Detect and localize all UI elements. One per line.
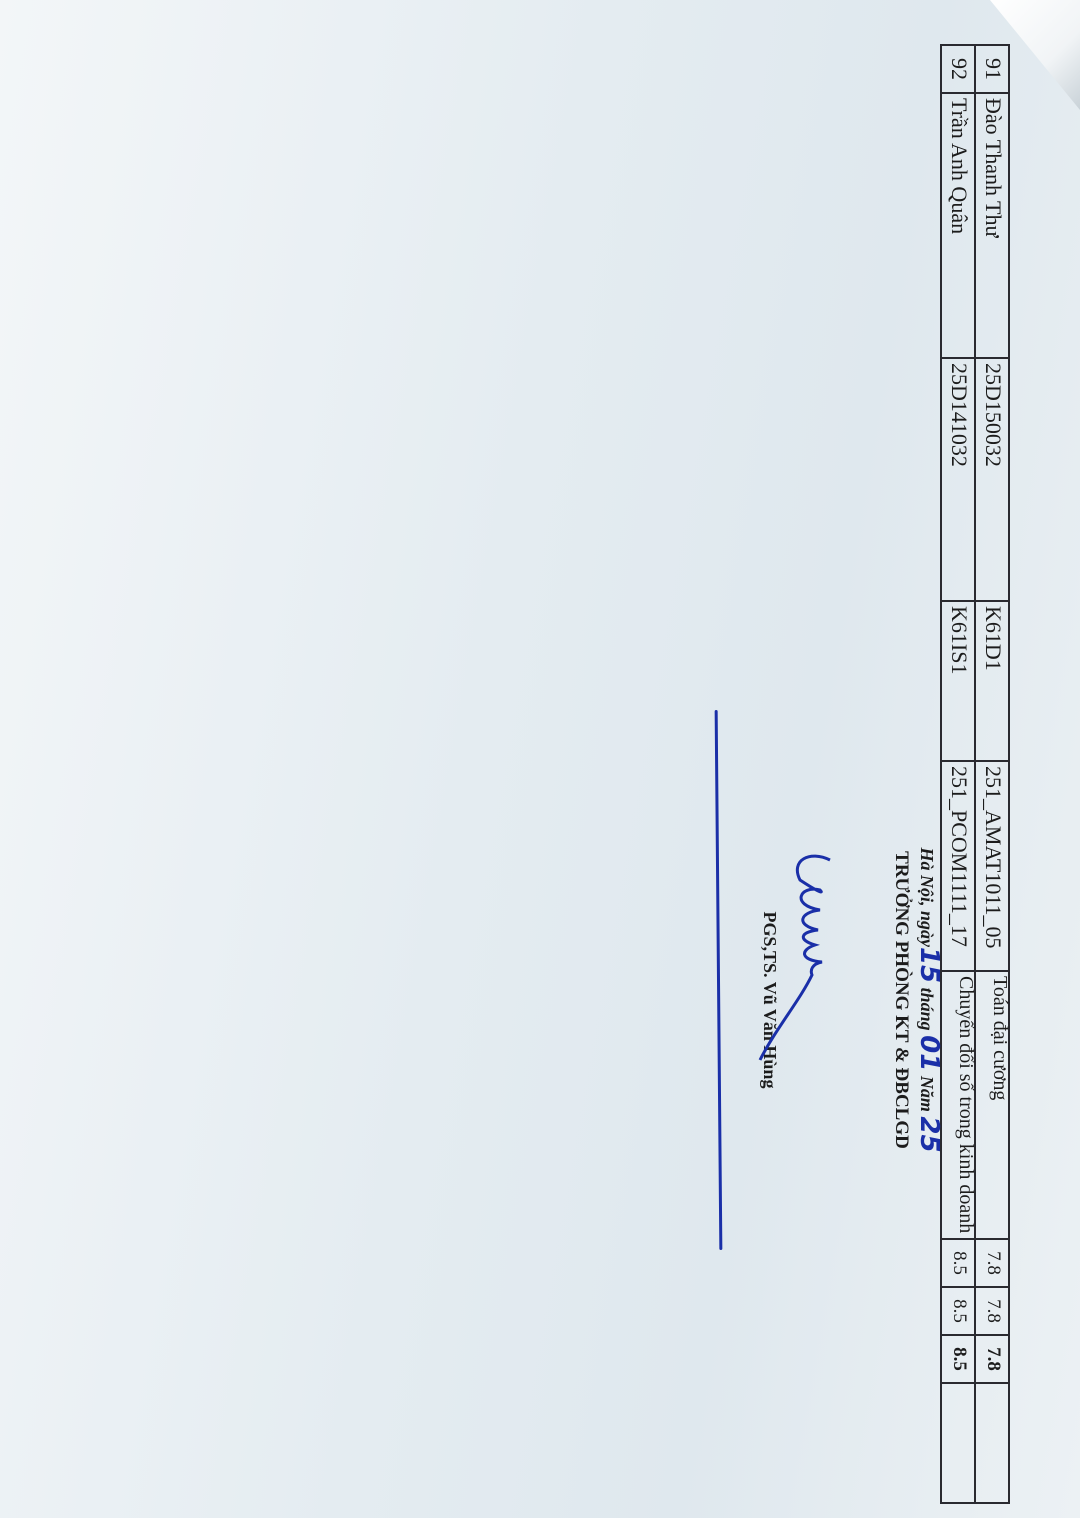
student-name: Trần Anh Quân: [941, 93, 975, 358]
signature-underline: [715, 710, 723, 1250]
month-label: tháng: [917, 988, 937, 1031]
note: [975, 1383, 1009, 1503]
score-2: 7.8: [975, 1287, 1009, 1335]
subject-name: Toán đại cương: [975, 971, 1009, 1239]
handwritten-year: 25: [914, 1116, 944, 1152]
student-id: 25D150032: [975, 358, 1009, 601]
handwritten-month: 01: [914, 1035, 944, 1071]
grade-table: 91 Đào Thanh Thư 25D150032 K61D1 251_AMA…: [940, 44, 1010, 1504]
score-final: 7.8: [975, 1335, 1009, 1383]
score-1: 8.5: [941, 1239, 975, 1287]
row-number: 92: [941, 45, 975, 93]
score-1: 7.8: [975, 1239, 1009, 1287]
handwritten-signature-icon: [750, 850, 870, 1070]
class-code: K61D1: [975, 601, 1009, 761]
rotated-page: 91 Đào Thanh Thư 25D150032 K61D1 251_AMA…: [0, 0, 1080, 1518]
table-row: 92 Trần Anh Quân 25D141032 K61IS1 251_PC…: [941, 45, 975, 1503]
course-code: 251_AMAT1011_05: [975, 761, 1009, 971]
place-date: Hà Nội, ngày15 tháng 01 Năm 25: [914, 760, 944, 1240]
score-2: 8.5: [941, 1287, 975, 1335]
class-code: K61IS1: [941, 601, 975, 761]
course-code: 251_PCOM1111_17: [941, 761, 975, 971]
student-id: 25D141032: [941, 358, 975, 601]
year-label: Năm: [917, 1076, 937, 1112]
subject-name: Chuyển đổi số trong kinh doanh: [941, 971, 975, 1239]
student-name: Đào Thanh Thư: [975, 93, 1009, 358]
score-final: 8.5: [941, 1335, 975, 1383]
table-row: 91 Đào Thanh Thư 25D150032 K61D1 251_AMA…: [975, 45, 1009, 1503]
handwritten-day: 15: [914, 947, 944, 983]
place-prefix: Hà Nội, ngày: [917, 847, 937, 947]
row-number: 91: [975, 45, 1009, 93]
note: [941, 1383, 975, 1503]
signer-title: TRƯỞNG PHÒNG KT & ĐBCLGD: [890, 760, 912, 1240]
